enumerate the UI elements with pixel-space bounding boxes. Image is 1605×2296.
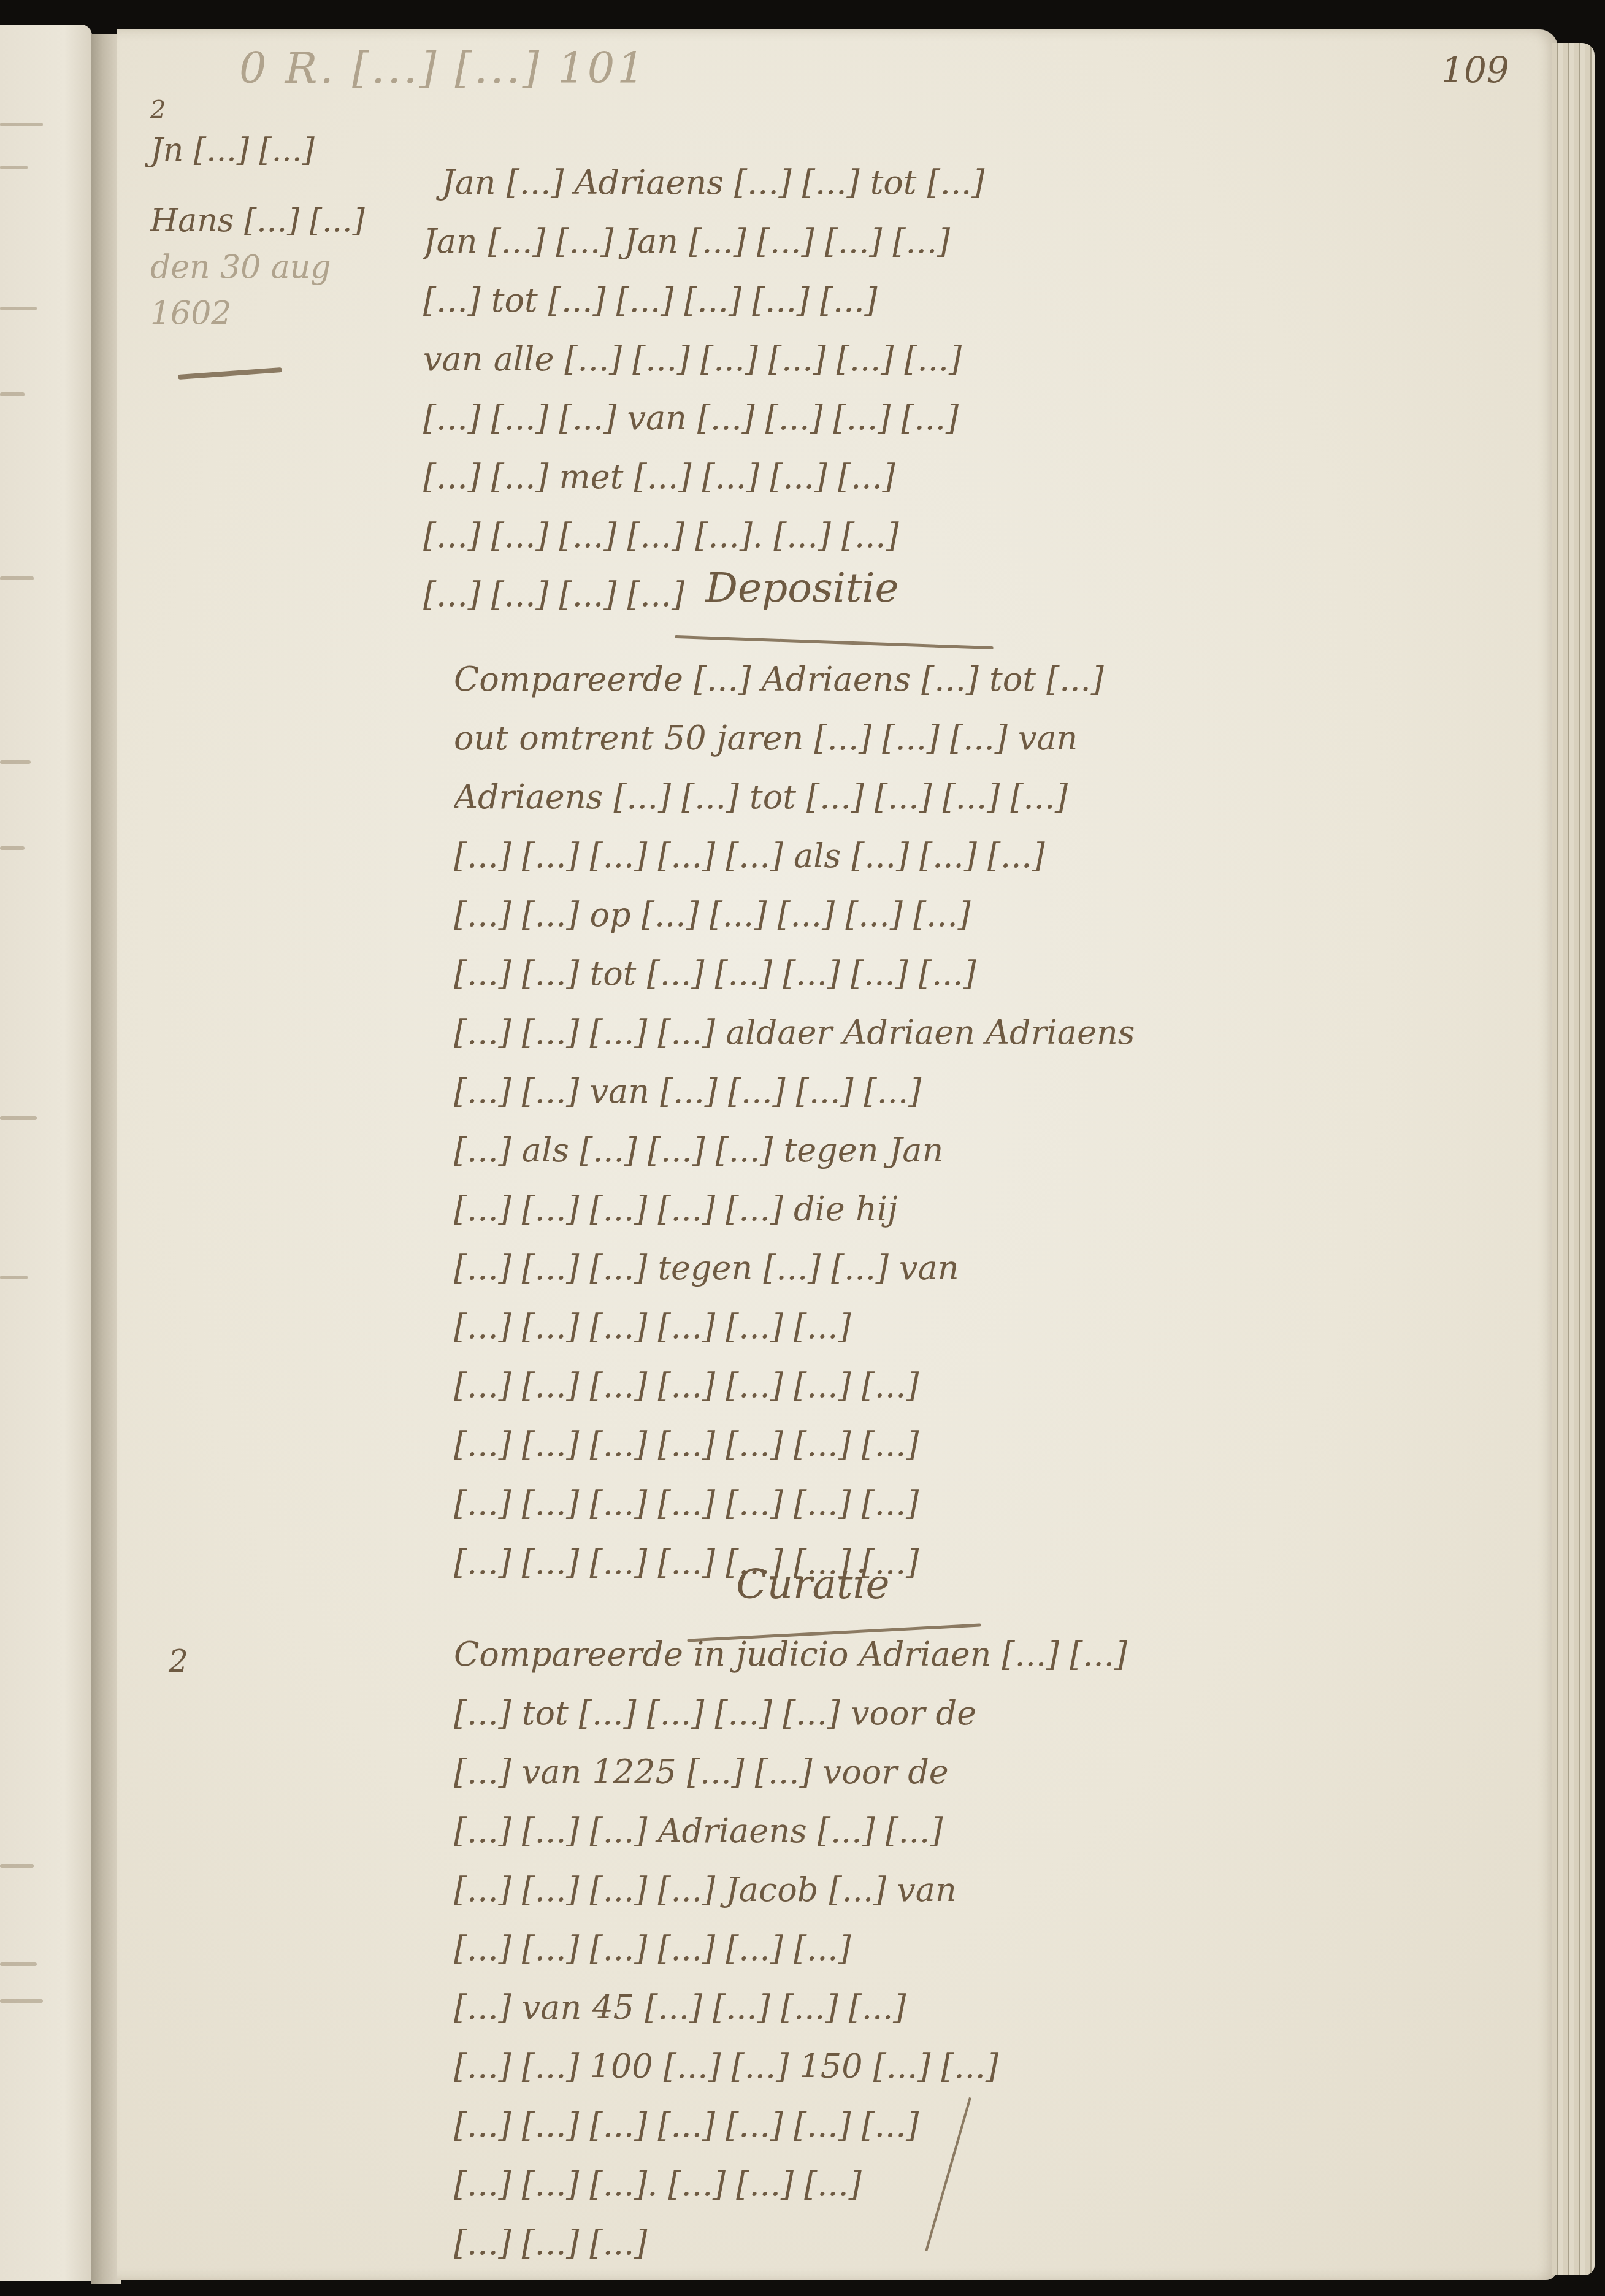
text-line: [...] [...] [...] [...] [...] [...] (454, 1298, 1576, 1357)
text-line: Compareerde [...] Adriaens [...] tot [..… (454, 650, 1576, 709)
text-line: [...] [...] [...] (454, 2214, 1576, 2273)
text-line: [...] [...] 100 [...] [...] 150 [...] [.… (454, 2037, 1576, 2096)
text-line: [...] [...] [...] [...] [...] [...] [...… (454, 1474, 1576, 1533)
text-line: [...] [...] [...] [...] [...] [...] [...… (454, 1533, 1576, 1592)
margin-entry-number: 2 (150, 92, 383, 128)
ghost-ink-stroke (0, 576, 34, 580)
ghost-ink-stroke (0, 1962, 37, 1966)
text-line: Jan [...] Adriaens [...] [...] tot [...] (423, 153, 1546, 212)
margin-note-date: den 30 aug (150, 245, 383, 291)
page-number: 109 (1441, 49, 1509, 91)
text-line: [...] [...] op [...] [...] [...] [...] [… (454, 886, 1576, 944)
text-line: [...] [...] [...] [...] [...] die hij (454, 1180, 1576, 1239)
text-line: [...] [...] met [...] [...] [...] [...] (423, 448, 1546, 507)
text-line: Compareerde in judicio Adriaen [...] [..… (454, 1625, 1576, 1684)
text-line: [...] [...] [...]. [...] [...] [...] (454, 2155, 1576, 2214)
text-line: [...] als [...] [...] [...] tegen Jan (454, 1121, 1576, 1180)
section-heading-depositie: Depositie (705, 564, 899, 611)
ghost-ink-stroke (0, 392, 25, 396)
text-line: [...] [...] [...] [...] [...] [...] [...… (454, 1357, 1576, 1415)
text-line: [...] [...] tot [...] [...] [...] [...] … (454, 944, 1576, 1003)
section-heading-curatie: Curatie (736, 1561, 890, 1608)
text-line: [...] [...] [...] Adriaens [...] [...] (454, 1802, 1576, 1861)
margin-note-year: 1602 (150, 291, 383, 337)
text-line: [...] [...] [...] [...] [...] [...] [...… (454, 2096, 1576, 2155)
text-line: van alle [...] [...] [...] [...] [...] [… (423, 330, 1546, 389)
ghost-ink-stroke (0, 1864, 34, 1868)
manuscript-scan: 0 R. [...] [...] 101 109 2 Jn [...] [...… (0, 0, 1605, 2296)
text-line: [...] [...] [...] [...] (423, 565, 1546, 624)
curatie-paragraph: Compareerde in judicio Adriaen [...] [..… (454, 1625, 1576, 2273)
text-line: Adriaens [...] [...] tot [...] [...] [..… (454, 768, 1576, 827)
ghost-ink-stroke (0, 1999, 43, 2003)
text-line: [...] van 45 [...] [...] [...] [...] (454, 1978, 1576, 2037)
text-line: Jan [...] [...] Jan [...] [...] [...] [.… (423, 212, 1546, 271)
depositie-paragraph: Compareerde [...] Adriaens [...] tot [..… (454, 650, 1576, 1592)
intro-paragraph: Jan [...] Adriaens [...] [...] tot [...]… (423, 153, 1546, 624)
text-line: [...] [...] [...] tegen [...] [...] van (454, 1239, 1576, 1298)
ghost-ink-stroke (0, 166, 28, 169)
previous-page-edge (0, 25, 92, 2281)
text-line: out omtrent 50 jaren [...] [...] [...] v… (454, 709, 1576, 768)
header-annotation: 0 R. [...] [...] 101 (239, 43, 647, 93)
ghost-ink-stroke (0, 846, 25, 850)
margin-note: 2 Jn [...] [...] Hans [...] [...] den 30… (150, 92, 383, 337)
ghost-ink-stroke (0, 1276, 28, 1279)
text-line: [...] tot [...] [...] [...] [...] [...] (423, 271, 1546, 330)
ghost-ink-stroke (0, 123, 43, 126)
text-line: [...] [...] [...] [...] aldaer Adriaen A… (454, 1003, 1576, 1062)
text-line: [...] [...] [...] [...] Jacob [...] van (454, 1861, 1576, 1919)
text-line: [...] [...] [...] [...] [...] als [...] … (454, 827, 1576, 886)
ghost-ink-stroke (0, 307, 37, 310)
ghost-ink-stroke (0, 760, 31, 764)
text-line: [...] [...] van [...] [...] [...] [...] (454, 1062, 1576, 1121)
ghost-ink-stroke (0, 1116, 37, 1120)
text-line: [...] van 1225 [...] [...] voor de (454, 1743, 1576, 1802)
margin-note-line: Hans [...] [...] (150, 198, 383, 244)
text-line: [...] [...] [...] [...] [...]. [...] [..… (423, 507, 1546, 565)
text-line: [...] tot [...] [...] [...] [...] voor d… (454, 1684, 1576, 1743)
text-line: [...] [...] [...] [...] [...] [...] (454, 1919, 1576, 1978)
margin-note-line: Jn [...] [...] (150, 128, 383, 174)
text-line: [...] [...] [...] van [...] [...] [...] … (423, 389, 1546, 448)
text-line: [...] [...] [...] [...] [...] [...] [...… (454, 1415, 1576, 1474)
margin-entry-number: 2 (169, 1644, 188, 1679)
